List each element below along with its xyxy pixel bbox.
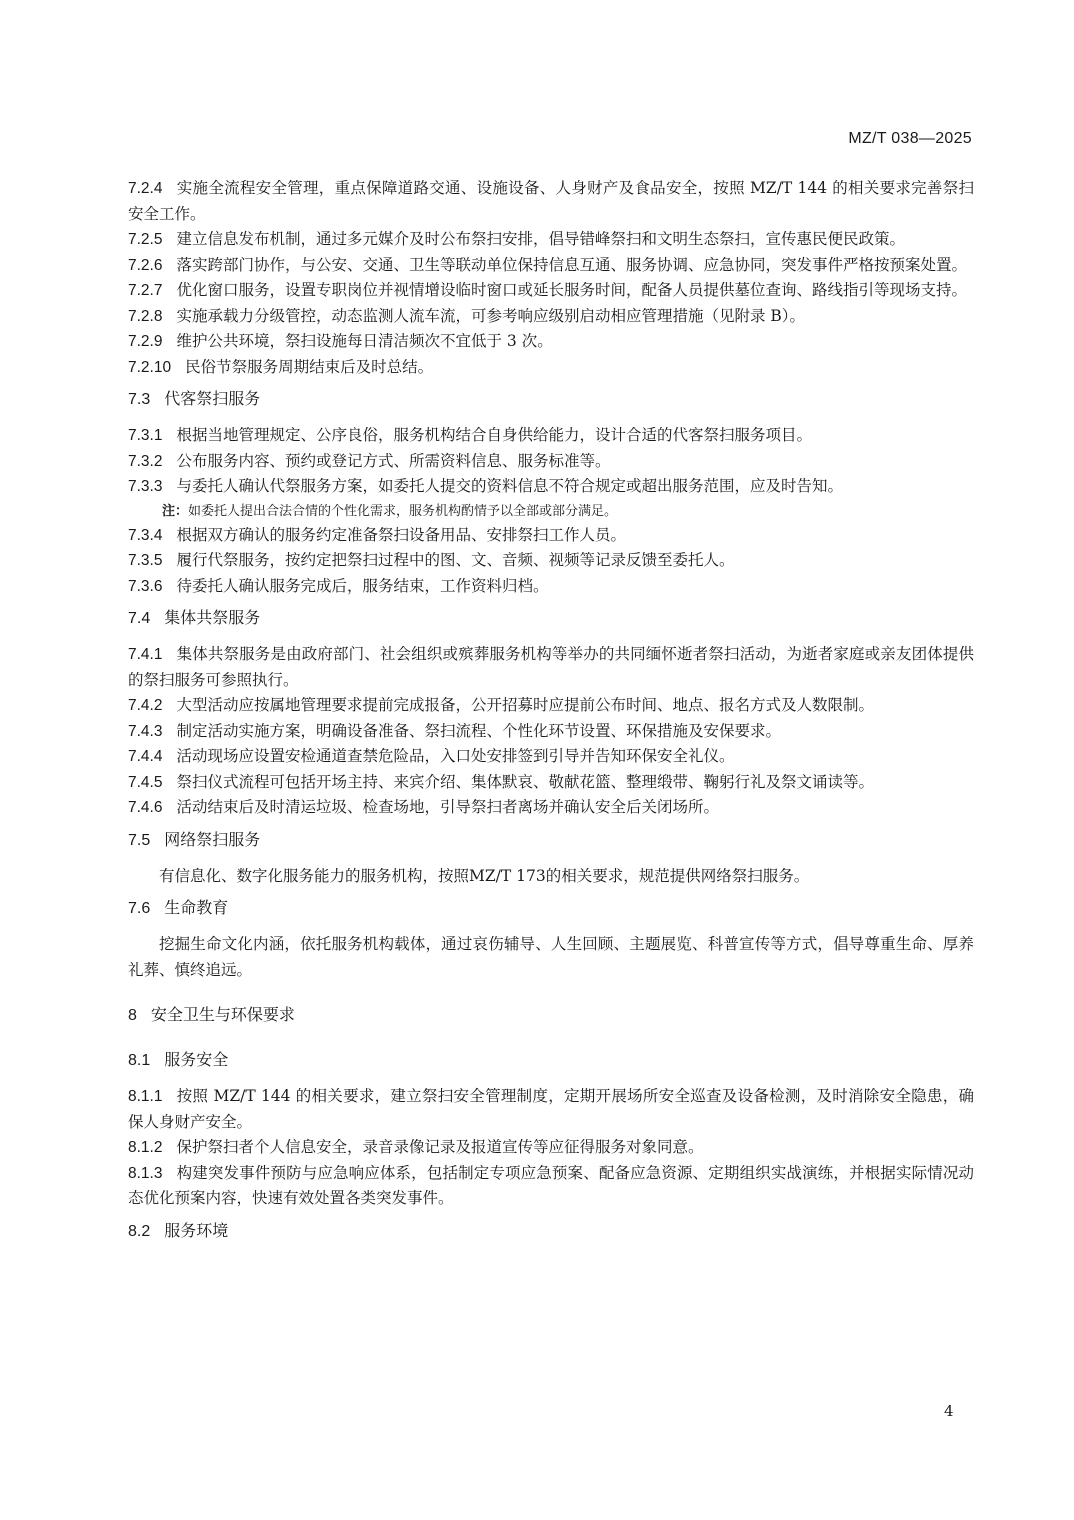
section-heading-8-1: 8.1服务安全	[128, 1048, 974, 1073]
section-heading-7-6: 7.6生命教育	[128, 896, 974, 921]
clause-7-2-10: 7.2.10民俗节祭服务周期结束后及时总结。	[128, 355, 974, 381]
clause-7-3-3: 7.3.3与委托人确认代祭服务方案，如委托人提交的资料信息不符合规定或超出服务范…	[128, 474, 974, 500]
clause-7-3-2: 7.3.2公布服务内容、预约或登记方式、所需资料信息、服务标准等。	[128, 449, 974, 475]
chapter-heading-8: 8安全卫生与环保要求	[128, 1003, 974, 1028]
clause-7-2-6: 7.2.6落实跨部门协作，与公安、交通、卫生等联动单位保持信息互通、服务协调、应…	[128, 253, 974, 279]
note-7-3: 注：如委托人提出合法合情的个性化需求，服务机构酌情予以全部或部分满足。	[128, 500, 974, 523]
clause-7-4-1: 7.4.1集体共祭服务是由政府部门、社会组织或殡葬服务机构等举办的共同缅怀逝者祭…	[128, 642, 974, 693]
clause-7-2-5: 7.2.5建立信息发布机制，通过多元媒介及时公布祭扫安排，倡导错峰祭扫和文明生态…	[128, 227, 974, 253]
clause-8-1-1: 8.1.1按照 MZ/T 144 的相关要求，建立祭扫安全管理制度，定期开展场所…	[128, 1084, 974, 1135]
paragraph-7-6: 挖掘生命文化内涵，依托服务机构载体，通过哀伤辅导、人生回顾、主题展览、科普宣传等…	[128, 932, 974, 983]
paragraph-7-5: 有信息化、数字化服务能力的服务机构，按照MZ/T 173的相关要求，规范提供网络…	[128, 864, 974, 890]
clause-7-3-4: 7.3.4根据双方确认的服务约定准备祭扫设备用品、安排祭扫工作人员。	[128, 523, 974, 549]
clause-7-2-4: 7.2.4实施全流程安全管理，重点保障道路交通、设施设备、人身财产及食品安全，按…	[128, 176, 974, 227]
section-heading-8-2: 8.2服务环境	[128, 1219, 974, 1244]
clause-7-3-6: 7.3.6待委托人确认服务完成后，服务结束，工作资料归档。	[128, 574, 974, 600]
clause-8-1-3: 8.1.3构建突发事件预防与应急响应体系，包括制定专项应急预案、配备应急资源、定…	[128, 1161, 974, 1212]
clause-7-4-6: 7.4.6活动结束后及时清运垃圾、检查场地，引导祭扫者离场并确认安全后关闭场所。	[128, 795, 974, 821]
clause-7-4-5: 7.4.5祭扫仪式流程可包括开场主持、来宾介绍、集体默哀、敬献花篮、整理缎带、鞠…	[128, 770, 974, 796]
standard-code: MZ/T 038—2025	[848, 130, 972, 148]
section-heading-7-5: 7.5网络祭扫服务	[128, 828, 974, 853]
clause-7-3-1: 7.3.1根据当地管理规定、公序良俗，服务机构结合自身供给能力，设计合适的代客祭…	[128, 423, 974, 449]
clause-7-2-7: 7.2.7优化窗口服务，设置专职岗位并视情增设临时窗口或延长服务时间，配备人员提…	[128, 278, 974, 304]
document-body: 7.2.4实施全流程安全管理，重点保障道路交通、设施设备、人身财产及食品安全，按…	[128, 176, 974, 1255]
clause-7-2-9: 7.2.9维护公共环境，祭扫设施每日清洁频次不宜低于 3 次。	[128, 329, 974, 355]
clause-7-4-3: 7.4.3制定活动实施方案，明确设备准备、祭扫流程、个性化环节设置、环保措施及安…	[128, 719, 974, 745]
clause-7-2-8: 7.2.8实施承载力分级管控，动态监测人流车流，可参考响应级别启动相应管理措施（…	[128, 304, 974, 330]
document-page: MZ/T 038—2025 7.2.4实施全流程安全管理，重点保障道路交通、设施…	[0, 0, 1074, 1520]
clause-7-4-4: 7.4.4活动现场应设置安检通道查禁危险品，入口处安排签到引导并告知环保安全礼仪…	[128, 744, 974, 770]
section-heading-7-3: 7.3代客祭扫服务	[128, 387, 974, 412]
clause-7-4-2: 7.4.2大型活动应按属地管理要求提前完成报备，公开招募时应提前公布时间、地点、…	[128, 693, 974, 719]
clause-7-3-5: 7.3.5履行代祭服务，按约定把祭扫过程中的图、文、音频、视频等记录反馈至委托人…	[128, 548, 974, 574]
section-heading-7-4: 7.4集体共祭服务	[128, 606, 974, 631]
page-number: 4	[944, 1402, 954, 1420]
clause-8-1-2: 8.1.2保护祭扫者个人信息安全，录音录像记录及报道宣传等应征得服务对象同意。	[128, 1135, 974, 1161]
